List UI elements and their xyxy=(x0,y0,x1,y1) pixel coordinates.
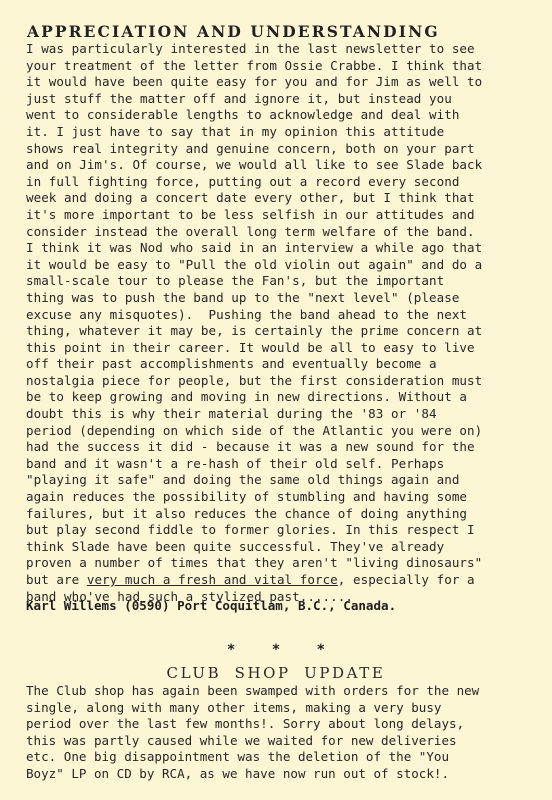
text-line: excuse any misquotes). Pushing the band … xyxy=(26,307,546,324)
text-line: and on Jim's. Of course, we would all li… xyxy=(26,157,546,174)
text-line: failures, but it also reduces the chance… xyxy=(26,506,546,523)
text-line: consider instead the overall long term w… xyxy=(26,224,546,241)
text-line: thing was to push the band up to the "ne… xyxy=(26,290,546,307)
text-line: etc. One big disappointment was the dele… xyxy=(26,749,546,766)
text-line: it would have been quite easy for you an… xyxy=(26,74,546,91)
text-line: period over the last few months!. Sorry … xyxy=(26,716,546,733)
text-line: think Slade have been quite successful. … xyxy=(26,539,546,556)
text-line: this point in their career. It would be … xyxy=(26,340,546,357)
text-line: small-scale tour to please the Fan's, bu… xyxy=(26,273,546,290)
text-line: doubt this is why their material during … xyxy=(26,406,546,423)
text-line: it would be easy to "Pull the old violin… xyxy=(26,257,546,274)
text-line: "playing it safe" and doing the same old… xyxy=(26,472,546,489)
newsletter-page: APPRECIATION AND UNDERSTANDING I was par… xyxy=(0,0,552,800)
text-line: be to keep growing and moving in new dir… xyxy=(26,389,546,406)
article-title-appreciation: APPRECIATION AND UNDERSTANDING xyxy=(27,22,440,41)
text-line: again reduces the possibility of stumbli… xyxy=(26,489,546,506)
article-title-club-shop: CLUB SHOP UPDATE xyxy=(0,664,552,682)
text-line: single, along with many other items, mak… xyxy=(26,700,546,717)
letter-signature: Karl Willems (0590) Port Coquitlam, B.C.… xyxy=(26,598,396,613)
text-line: it's more important to be less selfish i… xyxy=(26,207,546,224)
text-line: just stuff the matter off and ignore it,… xyxy=(26,91,546,108)
text-line: Boyz" LP on CD by RCA, as we have now ru… xyxy=(26,766,546,783)
text-line: off their past accomplishments and event… xyxy=(26,356,546,373)
text-line: had the success it did - because it was … xyxy=(26,439,546,456)
text-line: went to considerable lengths to acknowle… xyxy=(26,107,546,124)
text-line: nostalgia piece for people, but the firs… xyxy=(26,373,546,390)
text-line: I think it was Nod who said in an interv… xyxy=(26,240,546,257)
text-line: period (depending on which side of the A… xyxy=(26,423,546,440)
text-line: week and doing a concert date every othe… xyxy=(26,190,546,207)
underlined-phrase: very much a fresh and vital force xyxy=(87,572,338,587)
text-line: I was particularly interested in the las… xyxy=(26,41,546,58)
article-body-appreciation: I was particularly interested in the las… xyxy=(26,41,546,605)
text-line: The Club shop has again been swamped wit… xyxy=(26,683,546,700)
text-line: in full fighting force, putting out a re… xyxy=(26,174,546,191)
section-separator: * * * xyxy=(0,642,552,658)
text-line: it. I just have to say that in my opinio… xyxy=(26,124,546,141)
text-line: this was partly caused while we waited f… xyxy=(26,733,546,750)
text-line: proven a number of times that they aren'… xyxy=(26,555,546,572)
text-line: band and it wasn't a re-hash of their ol… xyxy=(26,456,546,473)
text-line: but play second fiddle to former glories… xyxy=(26,522,546,539)
text-line: but are very much a fresh and vital forc… xyxy=(26,572,546,589)
text-line: your treatment of the letter from Ossie … xyxy=(26,58,546,75)
article-body-club-shop: The Club shop has again been swamped wit… xyxy=(26,683,546,783)
text-line: thing, whatever it may be, is certainly … xyxy=(26,323,546,340)
text-line: shows real integrity and genuine concern… xyxy=(26,141,546,158)
